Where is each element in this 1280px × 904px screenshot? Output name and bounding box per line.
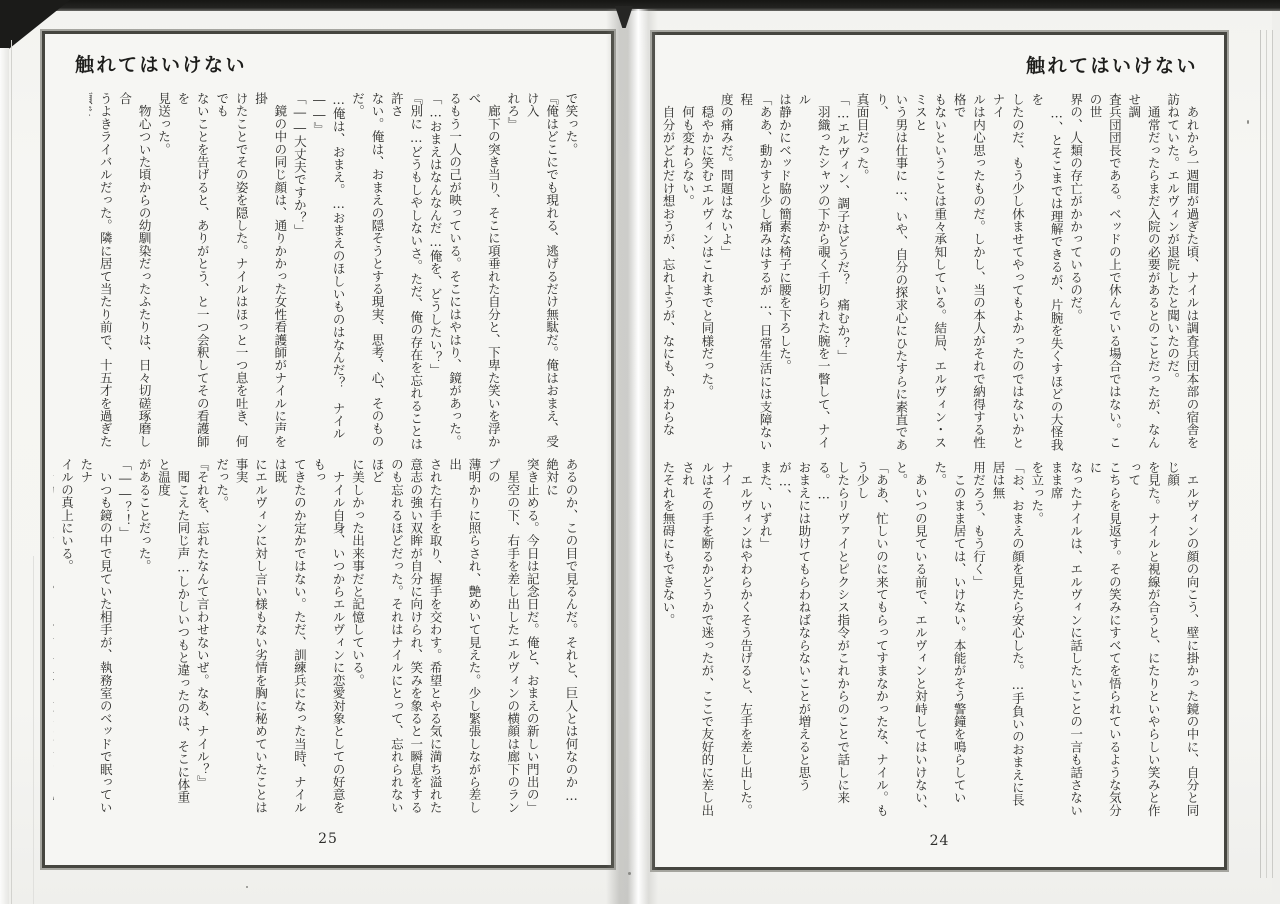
page-edge-left xyxy=(0,48,9,904)
scan-speck xyxy=(246,886,248,888)
scan-speck xyxy=(628,872,631,875)
left-page: 触れてはいけない で笑った。 『俺はどこにでも現れる、逃げるだけ無駄だ。俺はおま… xyxy=(42,31,614,868)
right-page-lower-text-block: エルヴィンの顔の向こう、壁に掛かった鏡の中に、自分と同じ顔 を見た。ナイルと視線… xyxy=(656,461,1202,817)
left-page-running-header: 触れてはいけない xyxy=(75,50,247,77)
left-page-number: 25 xyxy=(45,831,611,847)
left-page-upper-text-block: で笑った。 『俺はどこにでも現れる、逃げるだけ無駄だ。俺はおまえ、受け入 れろ』… xyxy=(89,92,581,454)
right-page-number: 24 xyxy=(655,833,1224,849)
page-stack-edges-right xyxy=(1256,30,1276,878)
scan-speck xyxy=(1247,120,1249,124)
right-page-running-header: 触れてはいけない xyxy=(1026,51,1198,78)
left-page-lower-text-block: あるのか、この目で見るんだ。それと、巨人とは何なのか…絶対に 突き止める。今日は… xyxy=(53,458,581,814)
page-fold-line xyxy=(33,556,34,904)
page-edge-line-left xyxy=(11,40,12,904)
center-gutter-shadow xyxy=(606,9,658,904)
right-page: 触れてはいけない あれから一週間が過ぎた頃、ナイルは調査兵団本部の宿舎を 訪ねて… xyxy=(652,32,1227,870)
right-page-upper-text-block: あれから一週間が過ぎた頃、ナイルは調査兵団本部の宿舎を 訪ねていた。エルヴィンが… xyxy=(656,93,1202,455)
